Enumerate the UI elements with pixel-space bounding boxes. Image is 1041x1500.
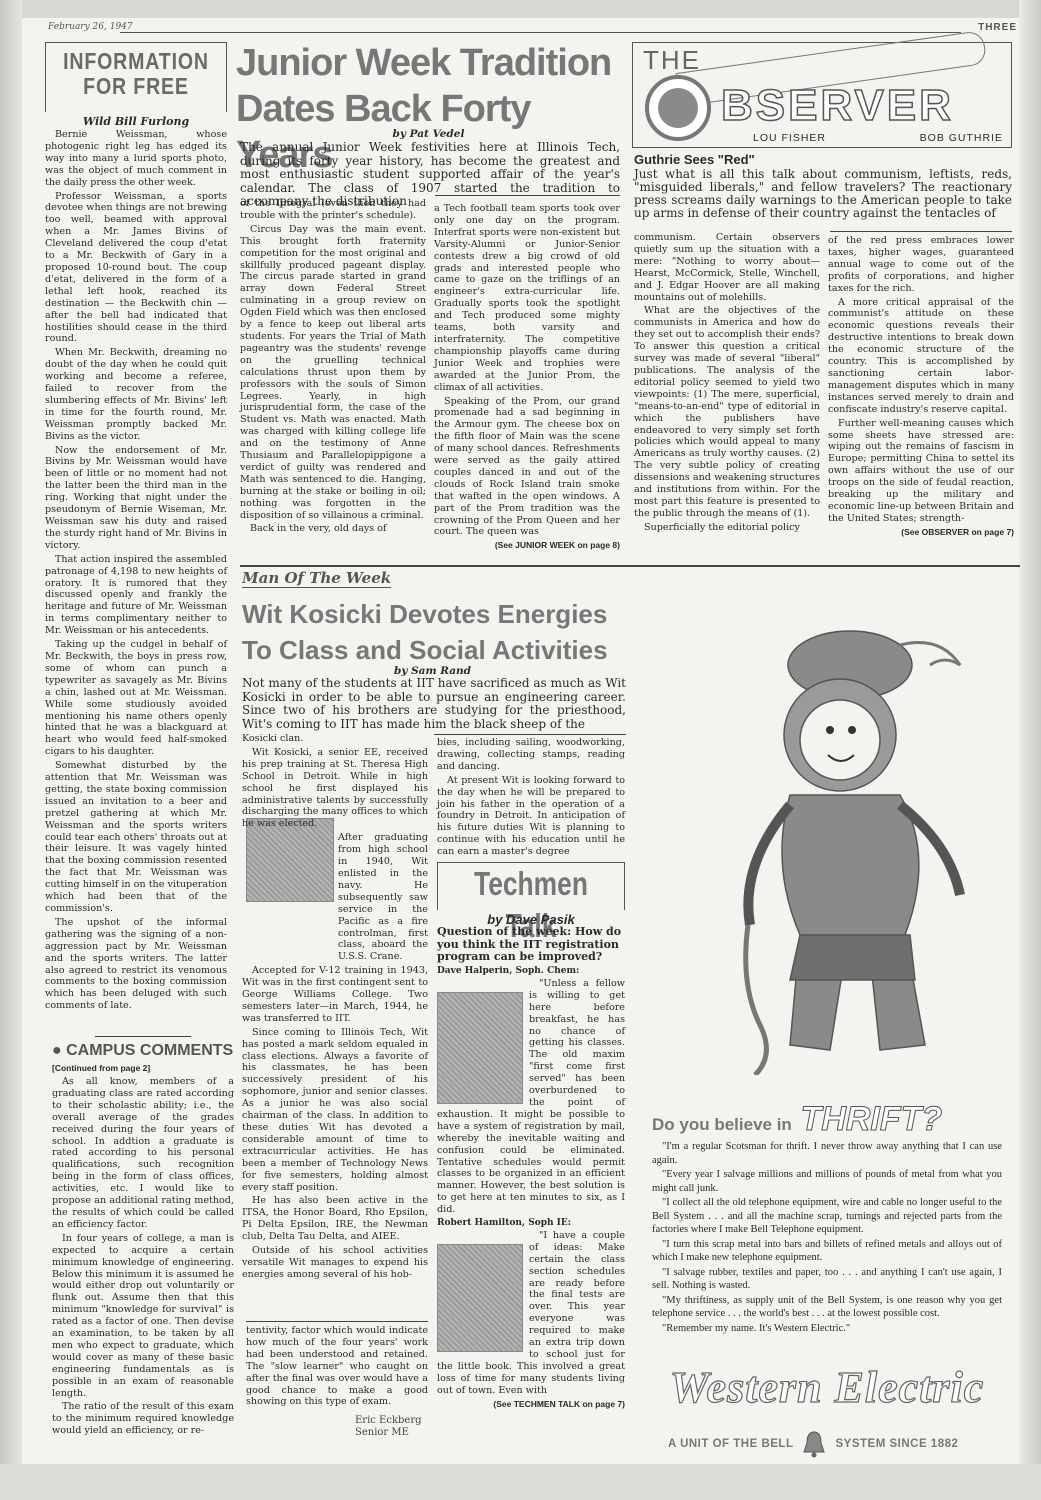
ad-headline: Do you believe in THRIFT? xyxy=(652,1100,1002,1139)
byline: Wild Bill Furlong xyxy=(45,115,227,128)
issue-date: February 26, 1947 xyxy=(48,22,133,32)
signature: Eric Eckberg Senior ME xyxy=(355,1415,422,1439)
techmen-talk-body: Dave Halperin, Soph. Chem: "Unless a fel… xyxy=(437,966,625,1411)
ad-tagline: A UNIT OF THE BELL SYSTEM SINCE 1882 xyxy=(668,1430,1008,1458)
bullet-icon: ● xyxy=(52,1042,66,1059)
paper-edge-left xyxy=(0,0,22,1500)
continued-link[interactable]: (See TECHMEN TALK on page 7) xyxy=(437,1399,625,1411)
campus-comments-continuation: tentivity, factor which would indicate h… xyxy=(246,1325,428,1410)
lead-rule xyxy=(830,231,1012,232)
paper-edge-top xyxy=(0,0,1041,18)
continued-link[interactable]: (See OBSERVER on page 7) xyxy=(828,527,1014,539)
section-divider xyxy=(95,1036,191,1037)
man-of-the-week-headline: Wit Kosicki Devotes Energies To Class an… xyxy=(242,596,627,668)
section-divider xyxy=(240,565,1020,567)
lead-rule xyxy=(435,195,620,196)
masthead-rule xyxy=(120,32,961,33)
portrait-photo xyxy=(437,992,523,1104)
observer-subhead: Guthrie Sees "Red" xyxy=(634,152,755,167)
speaker-name: Dave Halperin, Soph. Chem: xyxy=(437,966,625,978)
man-of-the-week-lead: Not many of the students at IIT have sac… xyxy=(242,677,626,731)
bell-icon xyxy=(801,1430,827,1458)
junior-week-column-1: of the Integral (even then they had trou… xyxy=(240,198,426,537)
paper-edge-right xyxy=(1019,0,1041,1500)
byline: by Pat Vedel xyxy=(236,128,621,140)
page-number: THREE xyxy=(978,22,1017,33)
observer-lead: Just what is all this talk about communi… xyxy=(634,168,1012,220)
newspaper-page: February 26, 1947 THREE INFORMATION FOR … xyxy=(0,0,1041,1500)
continued-link[interactable]: (See JUNIOR WEEK on page 8) xyxy=(434,540,620,552)
junior-week-column-2: a Tech football team sports took over on… xyxy=(434,203,620,552)
campus-comments-body: As all know, members of a graduating cla… xyxy=(52,1076,234,1439)
man-of-the-week-column-1: Kosicki clan. Wit Kosicki, a senior EE, … xyxy=(242,733,428,1283)
question-of-the-week: Question of the week: How do you think t… xyxy=(437,926,625,964)
man-of-the-week-label: Man Of The Week xyxy=(242,569,391,588)
information-for-free-body: Bernie Weissman, whose photogenic right … xyxy=(45,129,227,1014)
scotsman-illustration xyxy=(730,605,990,1075)
techmen-talk-header: Techmen Talk xyxy=(437,862,625,910)
observer-column-2: of the red press embraces lower taxes, h… xyxy=(828,235,1014,539)
observer-logo: THE BSERVER LOU FISHER BOB GUTHRIE xyxy=(632,42,1012,148)
portrait-photo xyxy=(437,1244,523,1352)
telescope-lens-icon xyxy=(645,75,711,141)
observer-column-1: communism. Certain observers quietly sum… xyxy=(634,232,820,536)
section-divider xyxy=(246,1321,428,1322)
speaker-name: Robert Hamilton, Soph IE: xyxy=(437,1218,625,1230)
information-for-free-header: INFORMATION FOR FREE xyxy=(45,42,227,112)
ad-body-copy: "I'm a regular Scotsman for thrift. I ne… xyxy=(652,1140,1002,1336)
column-authors: LOU FISHER BOB GUTHRIE xyxy=(753,132,1003,144)
lead-rule xyxy=(434,734,626,735)
paper-edge-bottom xyxy=(0,1464,1041,1500)
man-of-the-week-column-2: bies, including sailing, woodworking, dr… xyxy=(437,737,625,860)
continued-note: [Continued from page 2] xyxy=(52,1063,150,1073)
western-electric-logo: Western Electric xyxy=(652,1362,1002,1413)
column-title: INFORMATION FOR FREE xyxy=(60,43,213,99)
campus-comments-title: ● CAMPUS COMMENTS xyxy=(52,1042,233,1060)
